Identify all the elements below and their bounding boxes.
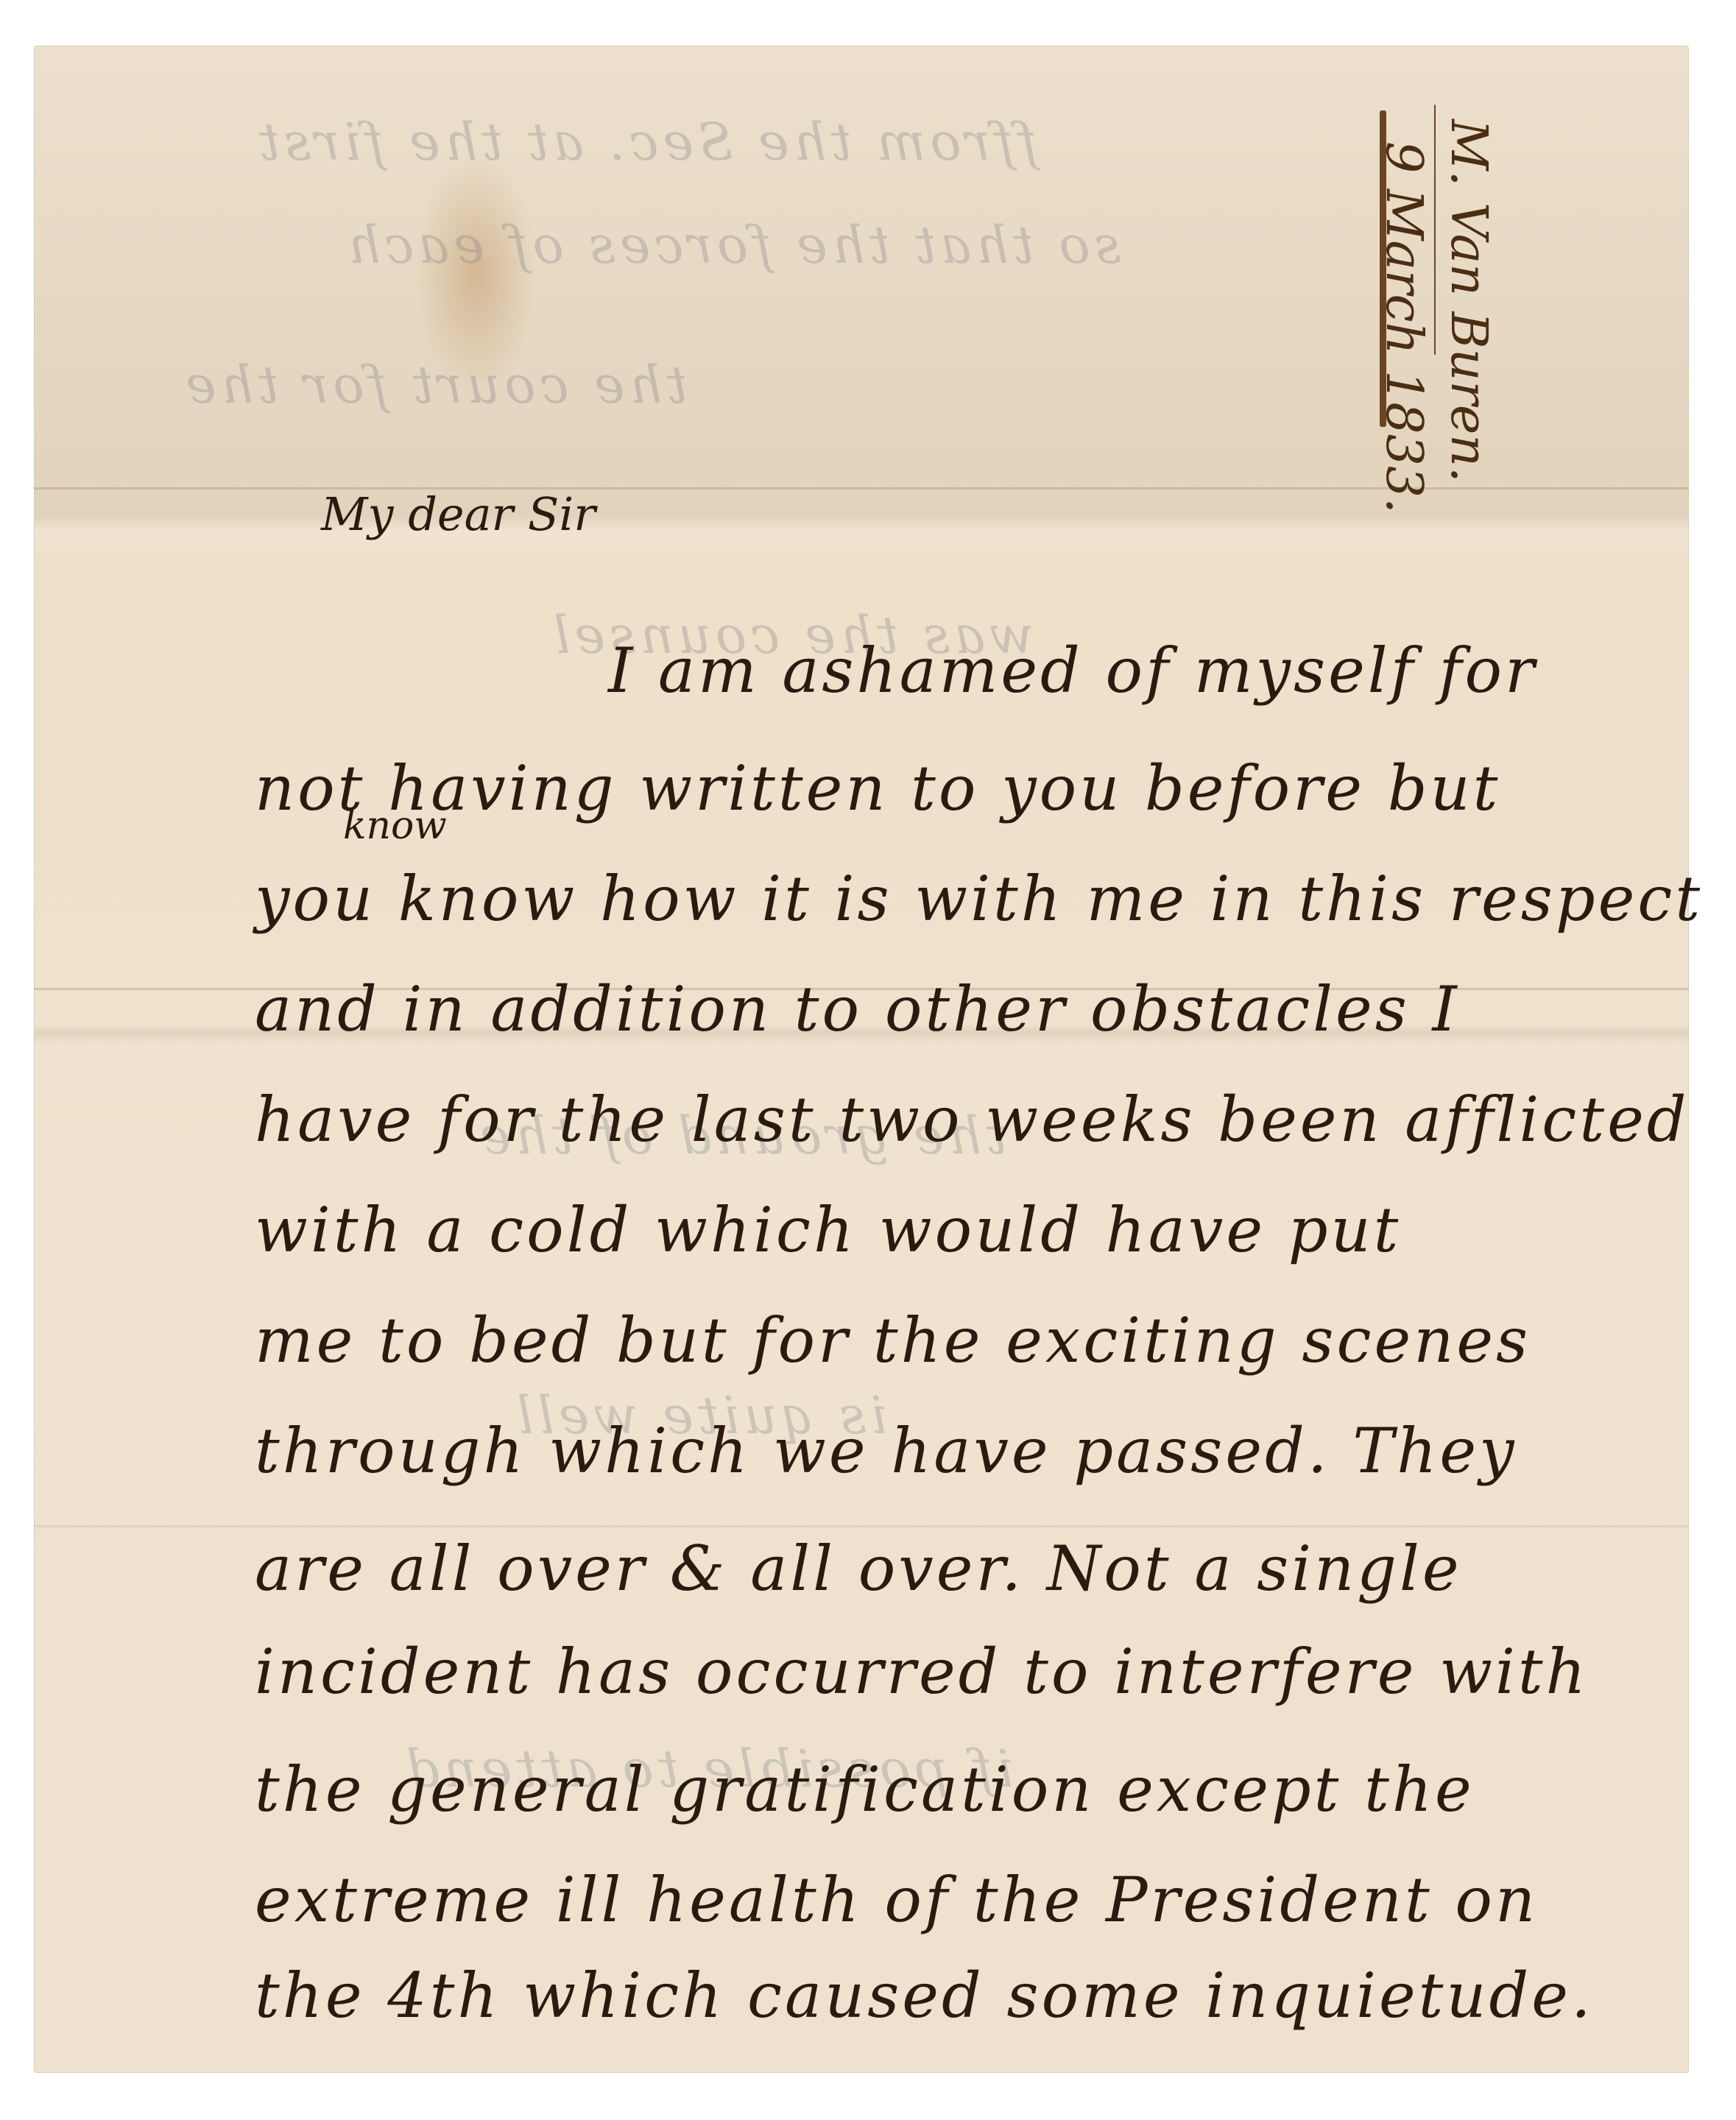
letter-line-6: with a cold which would have put (255, 1194, 1401, 1266)
fold-line-upper (34, 487, 1689, 490)
letter-line-11: the general gratification except the (255, 1753, 1475, 1826)
letter-line-4: and in addition to other obstacles I (255, 973, 1460, 1045)
letter-line-1: I am ashamed of myself for (608, 635, 1537, 707)
fold-line-lower (34, 1525, 1689, 1527)
letter-line-12: extreme ill health of the President on (255, 1864, 1538, 1936)
letter-line-10: incident has occurred to interfere with (255, 1636, 1589, 1708)
letter-line-8: through which we have passed. They (255, 1415, 1517, 1487)
docket-date: 9 March 1833. (1375, 141, 1433, 514)
letter-line-13: the 4th which caused some inquietude. (255, 1960, 1594, 2032)
bleed-through-text: the court for the (181, 355, 688, 415)
insertion-know: know (343, 804, 447, 848)
docket-name: M. Van Buren. (1439, 119, 1497, 483)
letter-line-7: me to bed but for the exciting scenes (255, 1304, 1531, 1377)
letter-line-3: you know how it is with me in this respe… (255, 863, 1703, 935)
salutation: My dear Sir (321, 487, 596, 541)
letter-line-9: are all over & all over. Not a single (255, 1533, 1462, 1605)
bleed-through-text: so that the forces of each (343, 215, 1121, 275)
letter-line-5: have for the last two weeks been afflict… (255, 1084, 1690, 1156)
bleed-through-text: ffrom the Sec. at the first (255, 112, 1037, 172)
letter-sheet: ffrom the Sec. at the first so that the … (34, 46, 1689, 2073)
docket-underline (1434, 105, 1436, 355)
